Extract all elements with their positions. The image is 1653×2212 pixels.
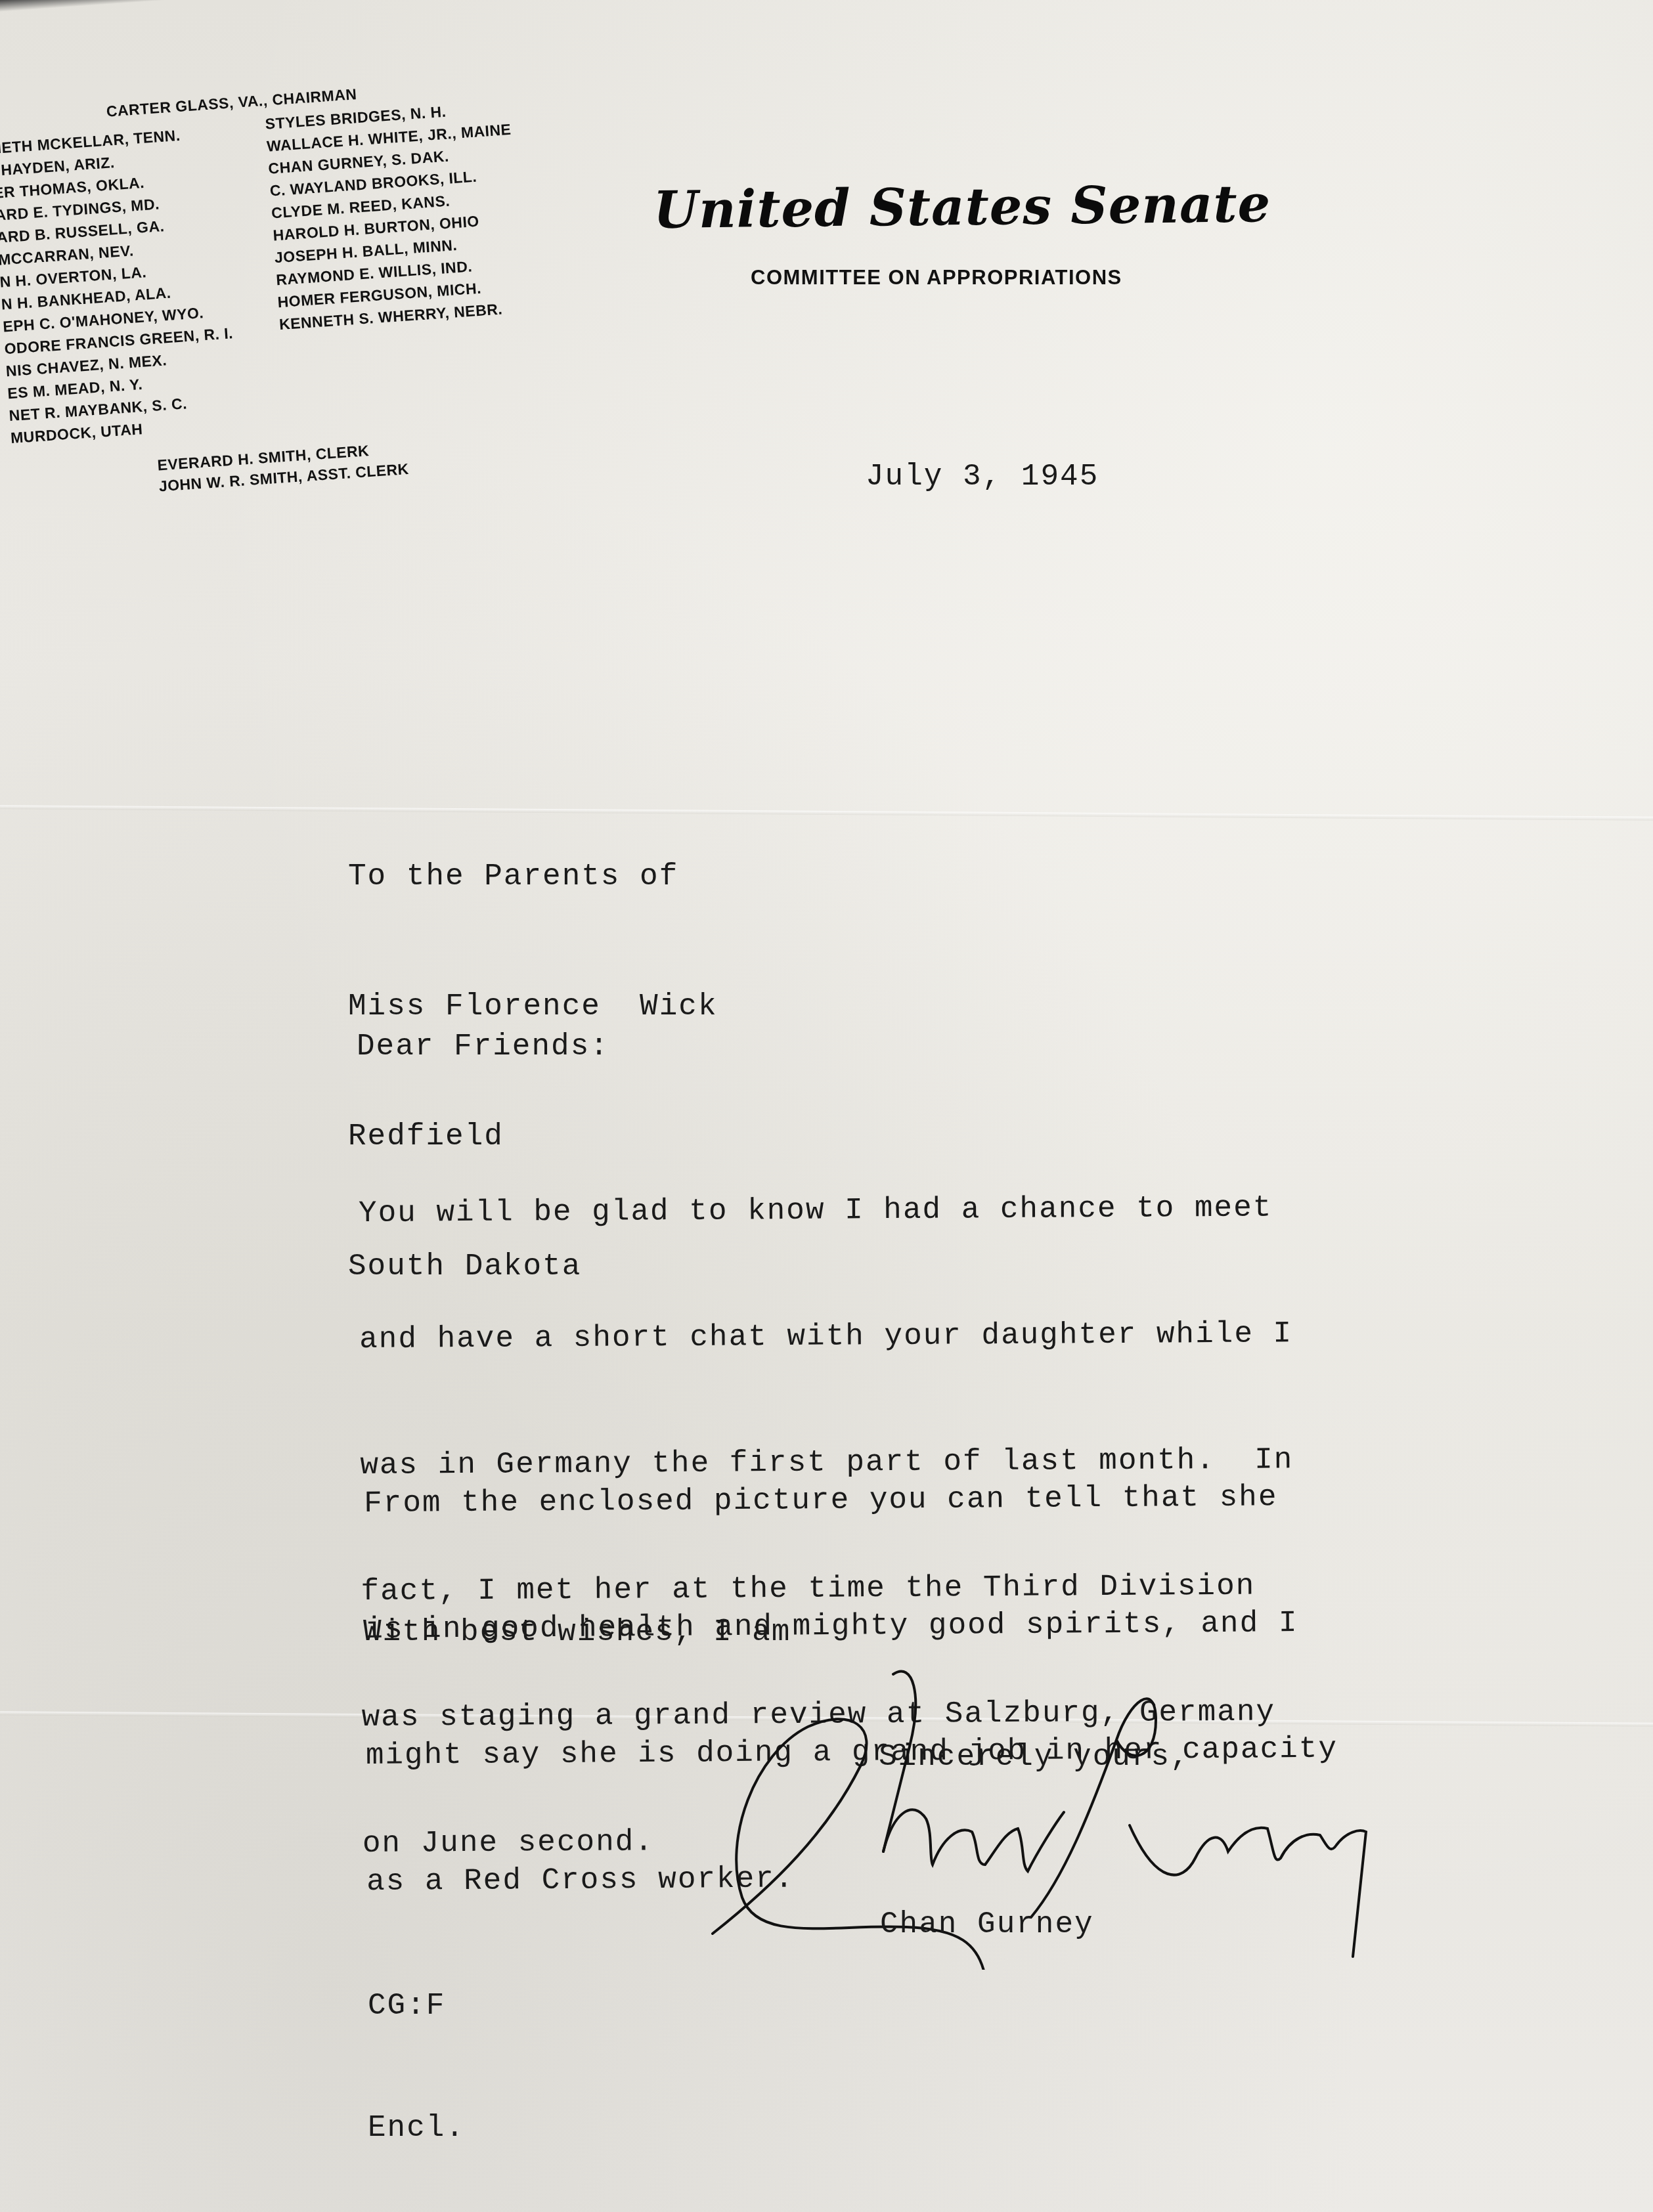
salutation: Dear Friends: (357, 1030, 609, 1064)
body-line: From the enclosed picture you can tell t… (364, 1476, 1336, 1525)
closing-line: With best wishes, I am (363, 1615, 791, 1649)
signer-name: Chan Gurney (880, 1907, 1094, 1941)
enclosure-notation: Encl. (368, 2108, 465, 2148)
body-line: You will be glad to know I had a chance … (359, 1186, 1292, 1234)
handwritten-signature (696, 1668, 1570, 1970)
address-line: Miss Florence Wick (348, 985, 718, 1028)
reference-initials: CG:F (368, 1985, 465, 2026)
committee-member-list: CARTER GLASS, VA., CHAIRMAN NETH MCKELLA… (0, 57, 598, 491)
members-right-column: STYLES BRIDGES, N. H. WALLACE H. WHITE, … (265, 96, 525, 336)
members-left-column: NETH MCKELLAR, TENN. . HAYDEN, ARIZ. ER … (0, 121, 240, 449)
letter-date: July 3, 1945 (866, 460, 1099, 494)
letterhead-title: United States Senate (653, 174, 1271, 240)
address-line: To the Parents of (348, 855, 718, 898)
body-line: and have a short chat with your daughter… (359, 1312, 1292, 1360)
reference-block: CG:F Encl. (368, 1904, 465, 2189)
committee-name: COMMITTEE ON APPROPRIATIONS (751, 266, 1122, 290)
